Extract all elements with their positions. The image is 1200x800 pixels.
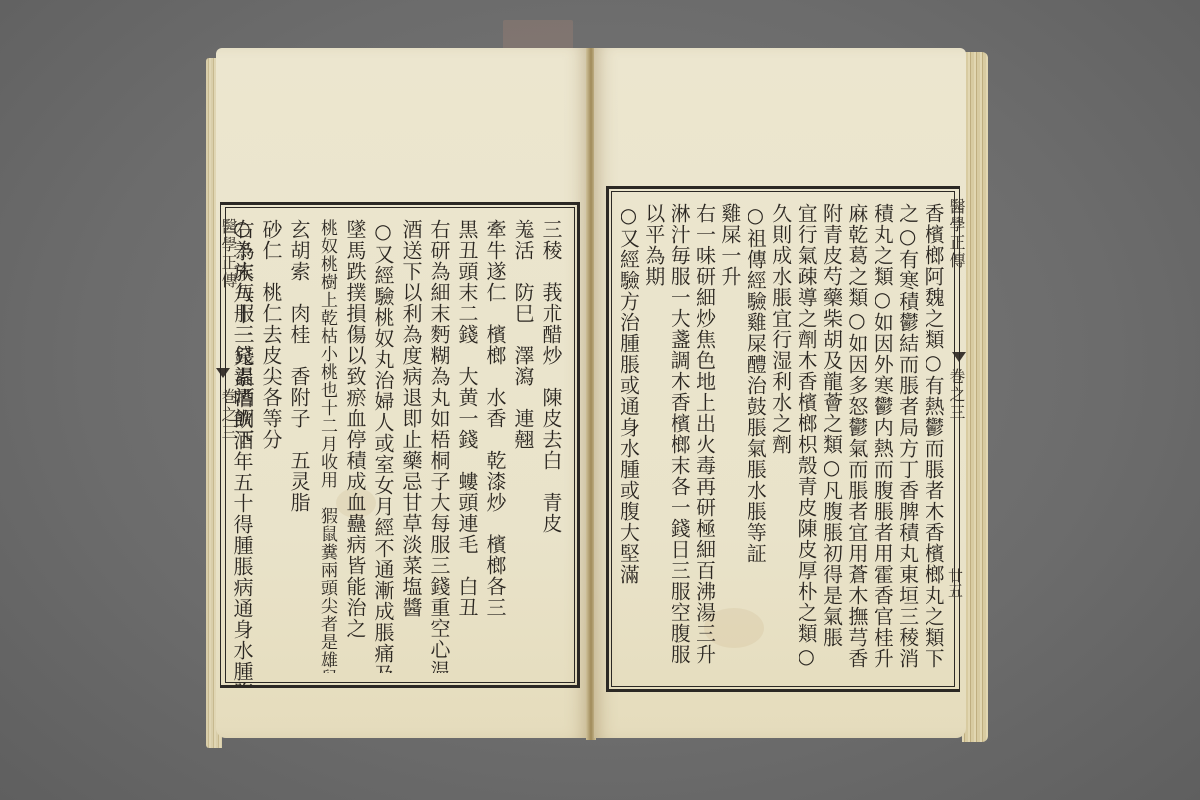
text-column: 砂仁 桃仁去皮尖各等分: [261, 219, 285, 673]
left-text-columns: 三稜 莪朮醋炒 陳皮去白 青皮 羗活 防巳 澤瀉 連翹 牽牛遂仁 檳榔 水香 乾…: [233, 219, 565, 673]
text-column: 雞屎一升: [722, 203, 743, 677]
left-page: 醫學正傳 巻之三 三稜 莪朮醋炒 陳皮去白 青皮 羗活 防巳 澤瀉 連翹 牽牛遂…: [216, 48, 588, 738]
text-column: 以平為期: [646, 203, 667, 677]
text-column: 之○有寒積鬱結而脹者局方丁香脾積丸東垣三稜消: [900, 203, 921, 677]
text-column: 麻乾葛之類○如因多怒鬱氣而脹者宜用蒼木撫芎香: [849, 203, 870, 677]
text-column: 淋汁毎服一大盞調木香檳榔末各一錢日三服空腹服: [672, 203, 693, 677]
text-column: 右一味研細炒焦色地上出火毒再研極細百沸湯三升: [697, 203, 718, 677]
text-column: 墜馬跌撲損傷以致瘀血停積成血蠱病皆能治之: [345, 219, 369, 673]
text-column: 玄胡索 肉桂 香附子 五灵脂: [289, 219, 313, 673]
text-column: 三稜 莪朮醋炒 陳皮去白 青皮: [541, 219, 565, 673]
text-column: 羗活 防巳 澤瀉 連翹: [513, 219, 537, 673]
text-column: ○又經驗桃奴丸治婦人或室女月經不通漸成脹痛及男子: [373, 219, 397, 673]
text-column: 黒丑頭末二錢 大黄一錢 螻頭連毛 白丑: [457, 219, 481, 673]
text-column: ○又經驗方治腫脹或通身水腫或腹大堅滿: [621, 203, 642, 677]
text-column: 宜行氣疎導之劑木香檳榔枳殼青皮陳皮厚朴之類○: [799, 203, 820, 677]
text-column: 酒送下以利為度病退即止藥忌甘草淡菜塩醬: [401, 219, 425, 673]
text-column: 香檳榔阿魏之類○有熱鬱而脹者木香檳榔丸之類下: [926, 203, 947, 677]
text-column-overflow: ○予族八十一兄素嗜飲酒年五十得腫脹病通身水腫腹脹尤: [228, 216, 256, 686]
right-page: 醫學正傳 巻之三 廿五 香檳榔阿魏之類○有熱鬱而脹者木香檳榔丸之類下 之○有寒積…: [594, 48, 966, 738]
right-text-frame: 香檳榔阿魏之類○有熱鬱而脹者木香檳榔丸之類下 之○有寒積鬱結而脹者局方丁香脾積丸…: [606, 186, 960, 692]
text-column: 牽牛遂仁 檳榔 水香 乾漆炒 檳榔各三: [485, 219, 509, 673]
text-column: 右研為細末麪糊為丸如梧桐子大每服三錢重空心温: [429, 219, 453, 673]
text-column: 久則成水脹宜行湿利水之劑: [773, 203, 794, 677]
right-text-columns: 香檳榔阿魏之類○有熱鬱而脹者木香檳榔丸之類下 之○有寒積鬱結而脹者局方丁香脾積丸…: [621, 203, 947, 677]
left-text-frame: 三稜 莪朮醋炒 陳皮去白 青皮 羗活 防巳 澤瀉 連翹 牽牛遂仁 檳榔 水香 乾…: [220, 202, 580, 688]
text-column: 積丸之類○如因外寒鬱内熱而腹脹者用霍香官桂升: [875, 203, 896, 677]
text-column: 附青皮芍藥柴胡及龍薈之類○凡腹脹初得是氣脹: [824, 203, 845, 677]
text-column: 桃奴桃樹上乾枯小桃也十二月收用 猳鼠糞兩頭尖者是雄鼠糞也: [317, 219, 341, 673]
text-column: ○祖傳經驗雞屎醴治鼓脹氣脹水脹等証: [748, 203, 769, 677]
